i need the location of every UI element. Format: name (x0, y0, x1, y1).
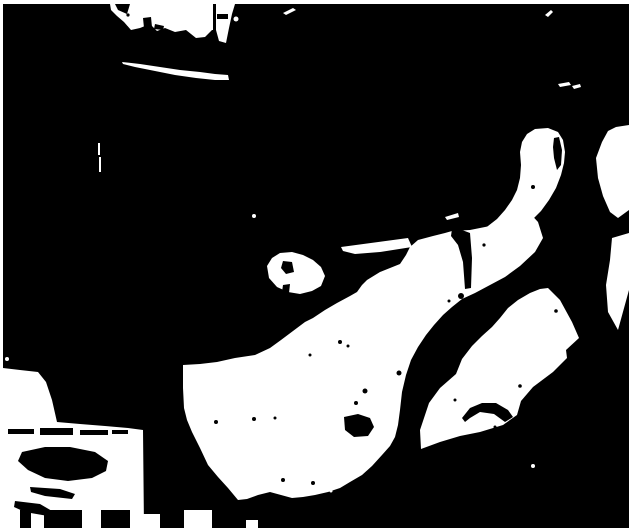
thin-vertical-line-a (98, 143, 100, 155)
small-dot-center (252, 214, 256, 218)
ground-bottom-shadow-1 (20, 510, 31, 528)
mass-dot-13 (311, 481, 315, 485)
bottom-white-patch-c (246, 520, 258, 529)
mass-dot-5 (397, 371, 402, 376)
bottom-speck-b (330, 490, 333, 493)
ground-dash-4 (112, 430, 128, 434)
mass-dot-9 (274, 417, 277, 420)
blob-notch (143, 17, 152, 28)
ground-dash-3 (80, 430, 108, 435)
bottom-white-patch-b (140, 514, 160, 529)
bottom-speck-c (340, 474, 343, 477)
thin-vertical-line-b (99, 157, 101, 172)
triangle-dot-4 (554, 309, 558, 313)
bottom-right-dot (531, 464, 535, 468)
left-edge-speck (5, 357, 9, 361)
ground-dash-2 (40, 428, 73, 435)
bottom-speck-a (320, 480, 323, 483)
mass-dot-3 (363, 389, 368, 394)
strip-gap (217, 14, 228, 19)
mass-dot-6 (458, 293, 464, 299)
mass-dot-2 (347, 345, 350, 348)
mass-dot-4 (354, 401, 358, 405)
binary-image-canvas (0, 0, 632, 532)
pentagon-notch (282, 284, 290, 293)
hook-dot (531, 185, 535, 189)
mass-dot-7 (448, 300, 451, 303)
strip-separator (213, 4, 216, 31)
mass-dot-8 (309, 354, 312, 357)
triangle-dot-3 (494, 426, 497, 429)
binary-photo (0, 0, 632, 532)
bottom-white-patch-a (184, 510, 212, 529)
ground-dash-1 (8, 429, 34, 434)
small-dot-right-of-blob (234, 17, 239, 22)
mass-dot-12 (281, 478, 285, 482)
triangle-dot-2 (518, 384, 522, 388)
ground-bottom-shadow-2 (44, 510, 82, 528)
ground-bottom-shadow-3 (101, 510, 130, 528)
mass-dot-10 (214, 420, 218, 424)
frame-border-top (0, 0, 632, 4)
triangle-dot-1 (454, 399, 457, 402)
blob-dot (126, 13, 129, 16)
mass-dot-1 (338, 340, 342, 344)
mass-dot-14 (482, 243, 485, 246)
frame-border-left (0, 0, 3, 532)
mass-dot-11 (252, 417, 256, 421)
